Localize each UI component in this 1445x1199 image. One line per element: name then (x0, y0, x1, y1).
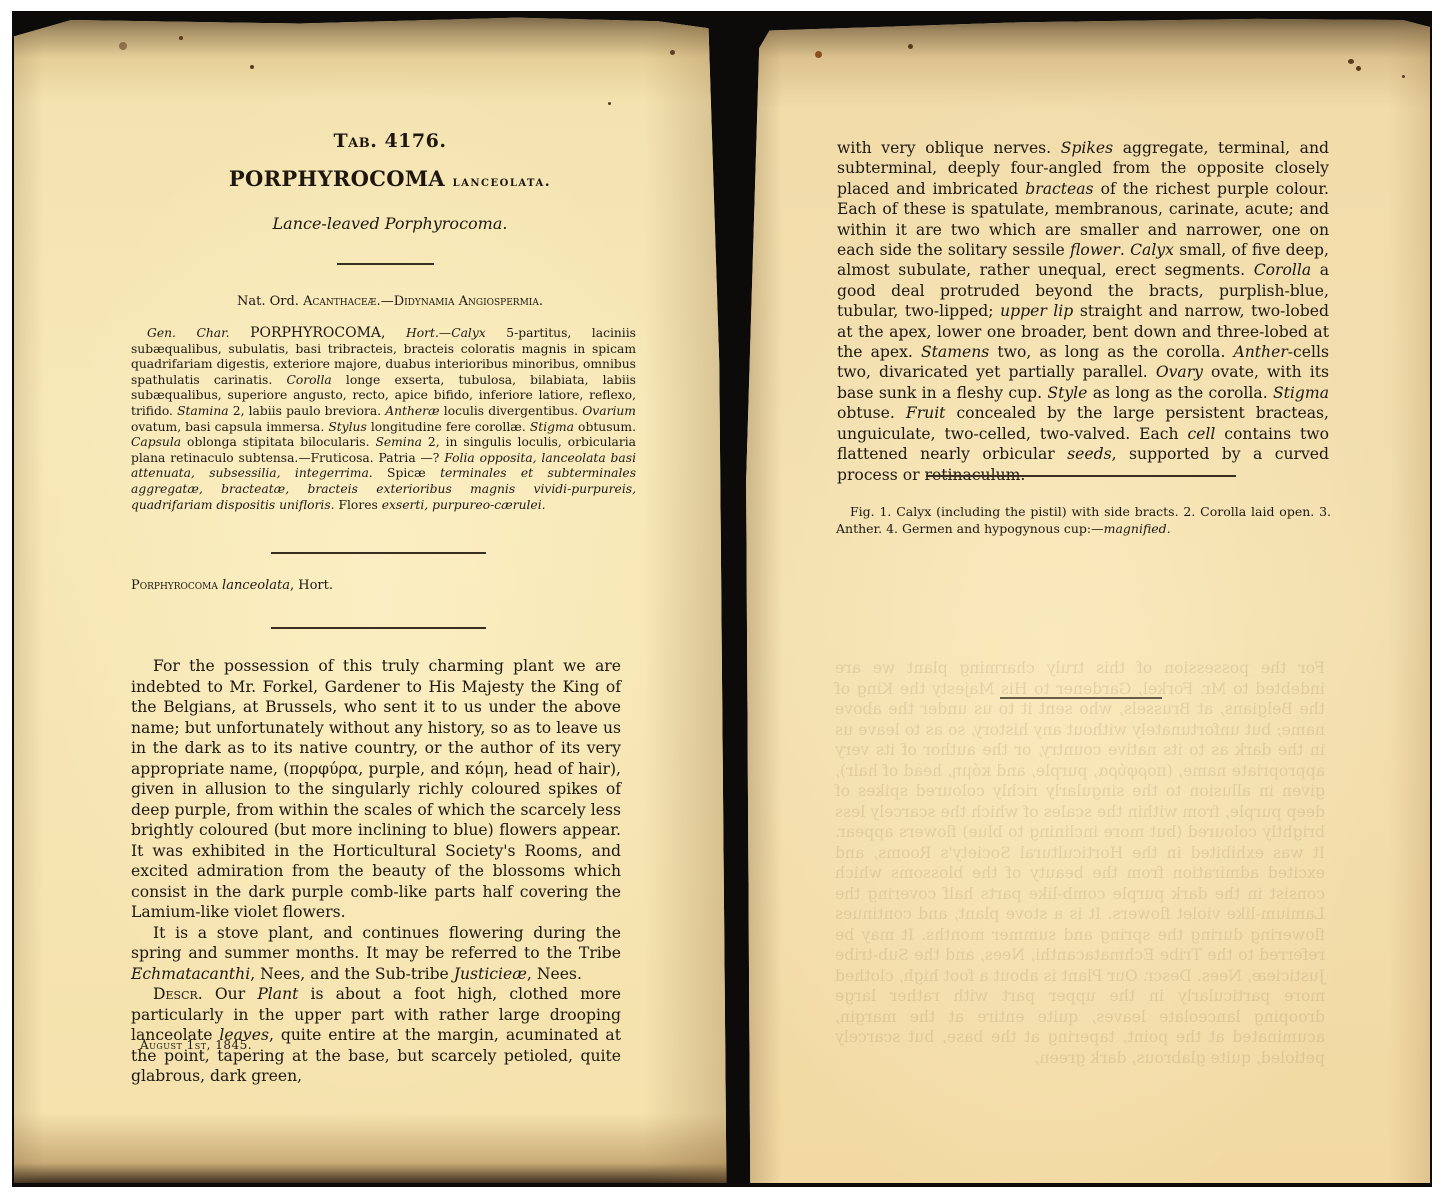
common-name: Lance-leaved Porphyrocoma. (140, 214, 640, 233)
divider (271, 552, 486, 554)
foxing-spot (815, 51, 822, 58)
divider (271, 627, 486, 629)
foxing-spot (1348, 59, 1354, 64)
generic-character: Gen. Char. PORPHYROCOMA, Hort.—Calyx 5-p… (131, 326, 636, 513)
foxing-spot (670, 50, 675, 55)
foxing-spot (119, 42, 127, 50)
plate-number: Tab. 4176. (140, 130, 640, 152)
foxing-spot (908, 44, 913, 49)
species-epithet: lanceolata. (453, 174, 552, 190)
synonym: Porphyrocoma lanceolata, Hort. (131, 578, 631, 593)
divider (337, 263, 434, 265)
species-title: PORPHYROCOMA lanceolata. (140, 166, 640, 191)
paragraph-classification: It is a stove plant, and continues flowe… (131, 923, 621, 985)
foxing-spot (179, 36, 183, 40)
foxing-spot (1356, 66, 1361, 71)
description-continued: with very oblique nerves. Spikes aggrega… (837, 138, 1329, 485)
foxing-spot (608, 102, 611, 105)
bleed-through-text: For the possession of this truly charmin… (835, 658, 1325, 1068)
natural-order: Nat. Ord. Acanthaceæ.—Didynamia Angiospe… (140, 294, 640, 309)
figure-caption: Fig. 1. Calyx (including the pistil) wit… (836, 503, 1331, 537)
foxing-spot (1402, 75, 1405, 78)
bleed-through-divider (1000, 697, 1162, 699)
main-text: For the possession of this truly charmin… (131, 656, 621, 1087)
foxing-spot (250, 65, 254, 69)
paragraph-description: Descr. Our Plant is about a foot high, c… (131, 984, 621, 1087)
genus-name: PORPHYROCOMA (229, 166, 445, 191)
publication-date: August 1st, 1845. (140, 1038, 252, 1052)
paragraph-introduction: For the possession of this truly charmin… (131, 656, 621, 923)
divider (926, 475, 1236, 477)
